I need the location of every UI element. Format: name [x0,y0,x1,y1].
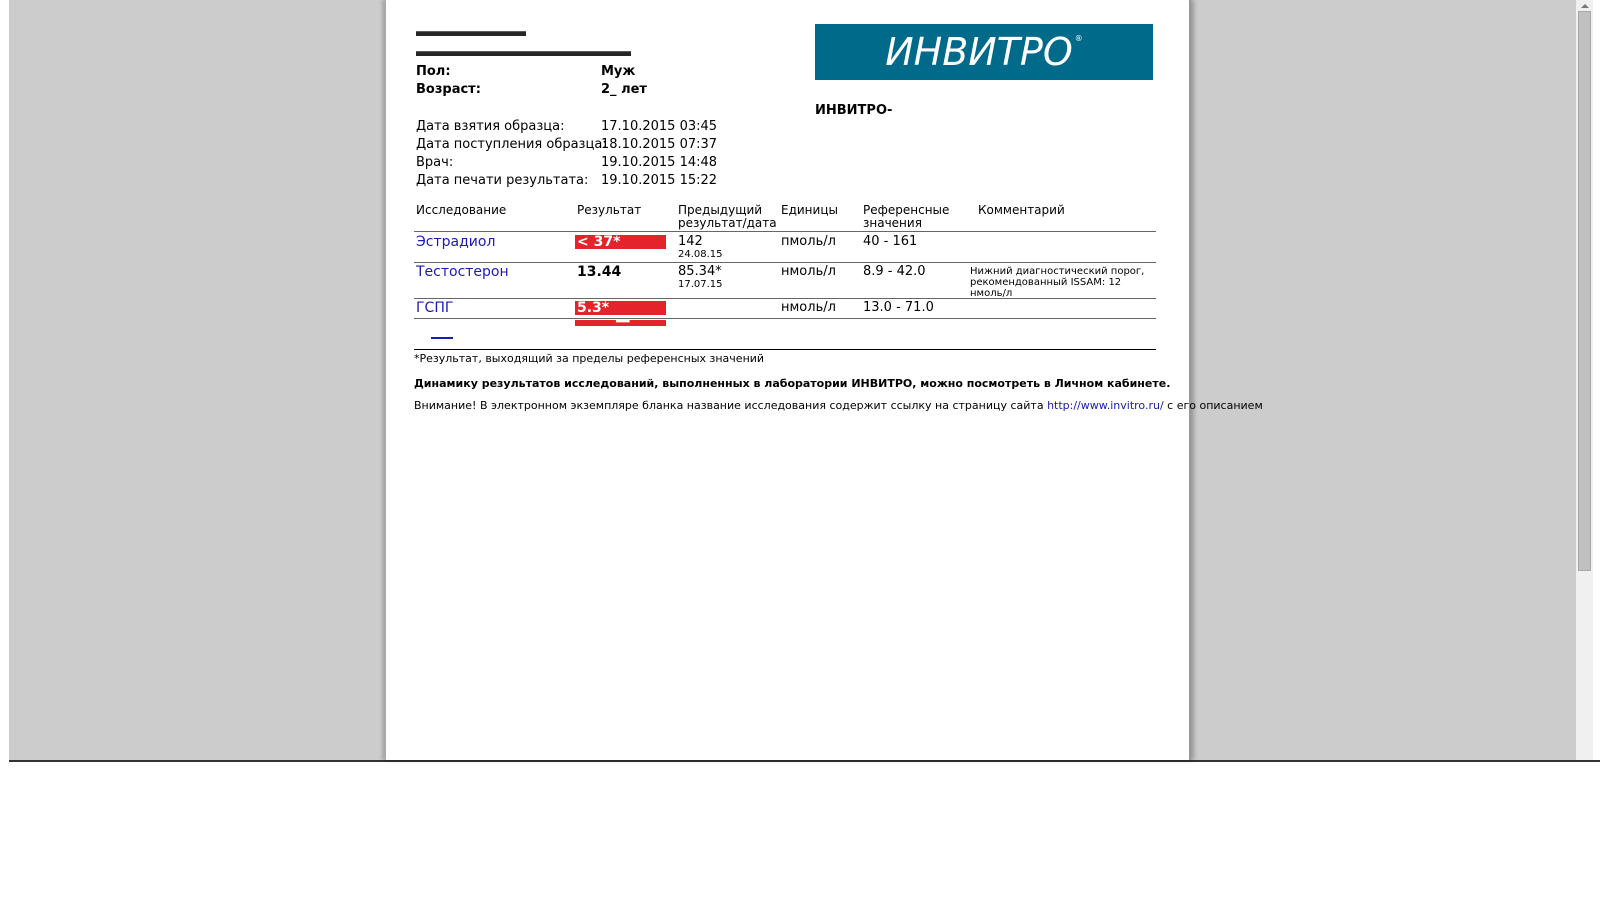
redacted-patient-line [416,28,526,36]
header-previous-line2: результат/дата [678,217,777,230]
header-test: Исследование [416,204,506,217]
result-value: 13.44 [577,264,621,280]
comment-line2: рекомендованный ISSAM: 12 [970,277,1144,288]
invitro-logo: ИНВИТРО ® [815,24,1153,80]
reference-range: 40 - 161 [863,234,917,249]
header-result: Результат [577,204,641,217]
date-printed-label: Дата печати результата: [416,173,588,188]
attention-note: Внимание! В электронном экземпляре бланк… [414,399,1263,412]
header-reference-line2: значения [863,217,949,230]
table-header-divider [414,231,1156,232]
units: нмоль/л [781,300,836,315]
age-value: 2_ лет [601,82,647,97]
result-flagged: 5.3* [575,301,666,315]
header-comment: Комментарий [978,204,1065,217]
date-taken-label: Дата взятия образца: [416,119,564,134]
redacted-patient-name [416,48,631,56]
previous-date: 24.08.15 [678,249,723,260]
units: пмоль/л [781,234,836,249]
attention-text: Внимание! В электронном экземпляре бланк… [414,399,1047,412]
redacted-row-flag [575,320,666,326]
arrow-up-icon [1581,4,1589,8]
sex-label: Пол: [416,64,451,79]
sex-value: Муж [601,64,635,79]
logo-text: ИНВИТРО [885,30,1073,74]
dynamics-note: Динамику результатов исследований, выпол… [414,377,1170,390]
registered-mark: ® [1075,34,1083,43]
doctor-value: 19.10.2015 14:48 [601,155,717,170]
scroll-thumb[interactable] [1578,11,1591,571]
vertical-scrollbar[interactable] [1576,0,1593,760]
attention-suffix: с его описанием [1164,399,1263,412]
table-bottom-divider [414,349,1156,350]
date-received-value: 18.10.2015 07:37 [601,137,717,152]
row-divider [414,262,1156,263]
test-link-shbg[interactable]: ГСПГ [416,300,453,316]
test-link-testosterone[interactable]: Тестостерон [416,264,509,280]
comment: Нижний диагностический порог, рекомендов… [970,266,1144,299]
reference-range: 8.9 - 42.0 [863,264,926,279]
scroll-up-button[interactable] [1576,0,1593,11]
units: нмоль/л [781,264,836,279]
row-divider [414,298,1156,299]
viewer-bottom-border [9,760,1600,762]
date-taken-value: 17.10.2015 03:45 [601,119,717,134]
test-link-estradiol[interactable]: Эстрадиол [416,234,495,250]
comment-line1: Нижний диагностический порог, [970,266,1144,277]
previous-result: 85.34* [678,264,722,279]
reference-range: 13.0 - 71.0 [863,300,934,315]
redacted-row-name [431,337,453,339]
header-previous: Предыдущий результат/дата [678,204,777,230]
result-flagged: < 37* [575,235,666,249]
date-printed-value: 19.10.2015 15:22 [601,173,717,188]
age-label: Возраст: [416,82,481,97]
previous-result: 142 [678,234,703,249]
row-divider [414,318,1156,319]
invitro-website-link[interactable]: http://www.invitro.ru/ [1047,399,1164,412]
header-reference: Референсные значения [863,204,949,230]
lab-branch-name: ИНВИТРО- [815,103,892,118]
document-page: Пол: Муж Возраст: 2_ лет Дата взятия обр… [385,0,1191,760]
date-received-label: Дата поступления образца: [416,137,607,152]
doctor-label: Врач: [416,155,453,170]
previous-date: 17.07.15 [678,279,723,290]
out-of-range-note: *Результат, выходящий за пределы референ… [414,352,764,365]
header-units: Единицы [781,204,838,217]
